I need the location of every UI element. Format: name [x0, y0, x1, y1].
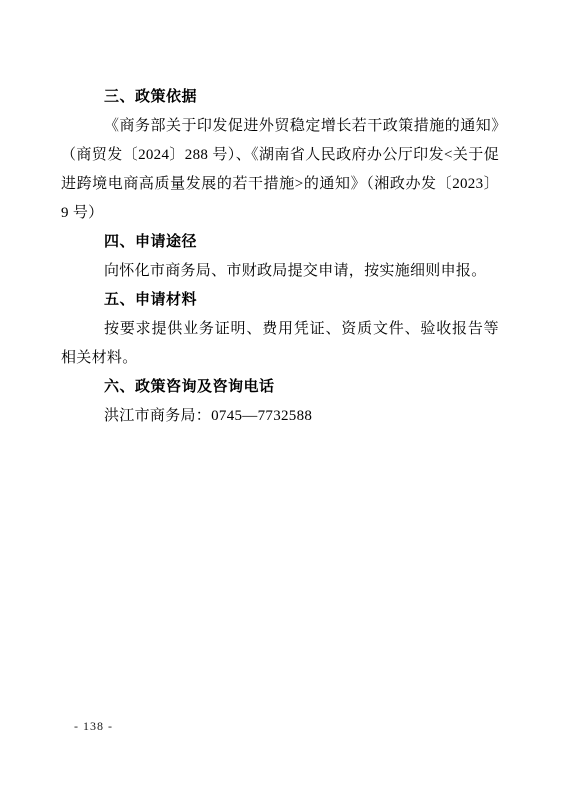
document-body: 三、政策依据 《商务部关于印发促进外贸稳定增长若干政策措施的通知》（商贸发〔20… — [61, 83, 499, 431]
section-policy-basis-heading: 三、政策依据 — [61, 83, 499, 112]
section-consultation-phone-heading: 六、政策咨询及咨询电话 — [61, 373, 499, 402]
document-page: 三、政策依据 《商务部关于印发促进外贸稳定增长若干政策措施的通知》（商贸发〔20… — [0, 0, 561, 793]
section-policy-basis-text: 《商务部关于印发促进外贸稳定增长若干政策措施的通知》（商贸发〔2024〕288 … — [61, 112, 499, 228]
section-application-channel-text: 向怀化市商务局、市财政局提交申请，按实施细则申报。 — [61, 257, 499, 286]
section-application-materials-heading: 五、申请材料 — [61, 286, 499, 315]
section-policy-basis: 三、政策依据 《商务部关于印发促进外贸稳定增长若干政策措施的通知》（商贸发〔20… — [61, 83, 499, 228]
section-application-channel: 四、申请途径 向怀化市商务局、市财政局提交申请，按实施细则申报。 — [61, 228, 499, 286]
section-application-materials: 五、申请材料 按要求提供业务证明、费用凭证、资质文件、验收报告等相关材料。 — [61, 286, 499, 373]
section-consultation-phone-text: 洪江市商务局：0745—7732588 — [61, 402, 499, 431]
page-number: - 138 - — [74, 718, 113, 734]
section-consultation-phone: 六、政策咨询及咨询电话 洪江市商务局：0745—7732588 — [61, 373, 499, 431]
section-application-channel-heading: 四、申请途径 — [61, 228, 499, 257]
section-application-materials-text: 按要求提供业务证明、费用凭证、资质文件、验收报告等相关材料。 — [61, 315, 499, 373]
